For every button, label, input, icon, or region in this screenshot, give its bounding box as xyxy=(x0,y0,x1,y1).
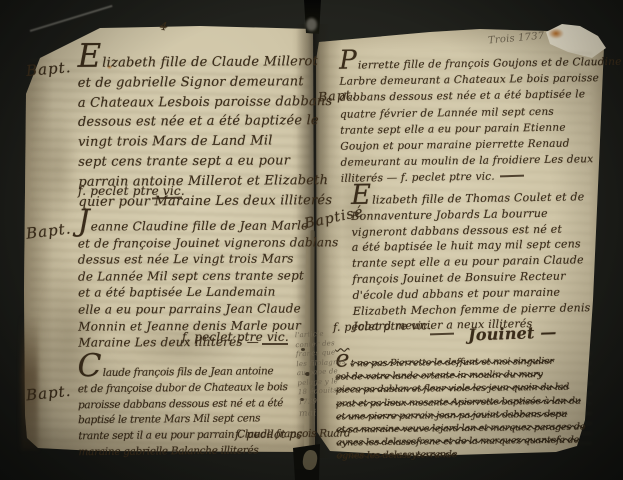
manuscript-line: Elizabeth fille de Thomas Coulet et de xyxy=(351,182,597,209)
struck-manuscript-line: ognes les delassyterrande xyxy=(337,447,593,463)
ink-stain xyxy=(548,28,564,39)
manuscript-line: a Chateaux Lesbois paroisse dabbans xyxy=(78,92,314,113)
manuscript-line: Jeanne Claudine fille de Jean Marle xyxy=(78,209,316,235)
priest-signature: f. peclet ptre vic. xyxy=(78,184,185,198)
manuscript-line: elle a eu pour parrains Jean Claude xyxy=(78,300,316,318)
manuscript-line: et de françoise dubor de Chateaux le boi… xyxy=(78,380,318,398)
signature-underline xyxy=(262,343,288,345)
witness-signature: Jouinet — xyxy=(468,322,557,344)
pencil-margin-notes: l'article conter des francs que les filo… xyxy=(295,329,348,420)
paper-crease xyxy=(30,5,113,32)
baptism-entry: Elizabeth fille de Thomas Coulet et de B… xyxy=(351,182,599,335)
manuscript-line: Claude françois fils de Jean antoine xyxy=(77,353,317,382)
manuscript-line: dessous est née et a été baptizée le xyxy=(78,112,314,133)
manuscript-line: et a été baptisée Le Landemain xyxy=(78,284,316,302)
priest-signature: f. peclet ptre vic. xyxy=(182,330,289,344)
manuscript-line: et de françoise Jouinet vignerons dablan… xyxy=(78,234,316,252)
manuscript-line: de Lannée Mil sept cens trante sept xyxy=(78,267,316,285)
manuscript-line: maraine gabrielle Balanche illiterés xyxy=(78,443,318,461)
manuscript-line: vingt trois Mars de Land Mil xyxy=(78,131,314,152)
ribbon-bookmark-tip xyxy=(306,18,317,31)
baptism-entry: Pierrette fille de françois Goujons et d… xyxy=(339,48,593,187)
manuscript-line: Elizabeth fille de Claude Millerot xyxy=(77,43,313,73)
manuscript-line: dessus est née Le vingt trois Mars xyxy=(78,251,316,269)
baptism-entry: Claude françois fils de Jean antoine et … xyxy=(77,353,318,461)
priest-signature: f. pecllot ps xyxy=(235,428,302,441)
manuscript-line: et de gabrielle Signor demeurant xyxy=(78,72,314,93)
manuscript-scan: 4 Trois 1737 Bapt. Bapt. Bapt. Elizabeth… xyxy=(0,0,623,480)
manuscript-line: sept cens trante sept a eu pour xyxy=(78,151,314,172)
manuscript-line: paroisse dabbans dessous est né et a été xyxy=(78,395,318,413)
struck-manuscript-line: et ne pas Pierrette le deffunt et moi si… xyxy=(335,347,591,370)
priest-signature: f. peclet ptre vic. xyxy=(333,319,431,334)
pencil-note-line: 1739 xyxy=(298,395,346,407)
baptism-entry-crossed-out: et ne pas Pierrette le deffunt et moi si… xyxy=(335,347,592,463)
